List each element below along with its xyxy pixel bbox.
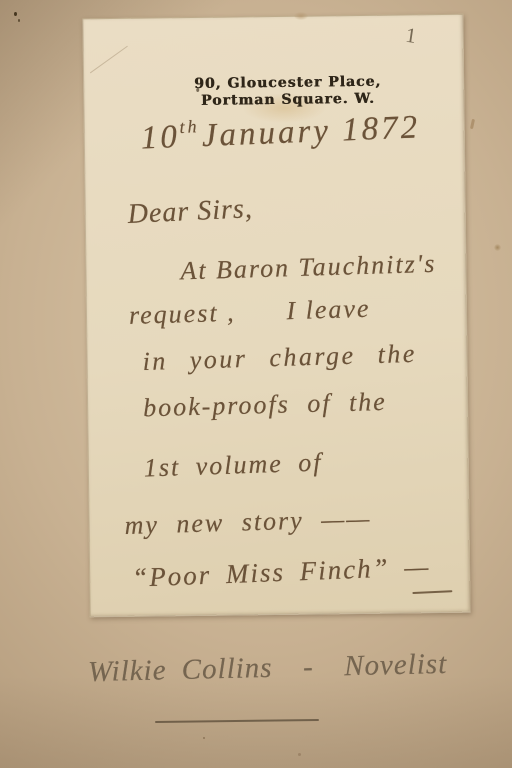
date-ordinal: th [179,116,200,137]
album-caption: Wilkie Collins - Novelist [88,648,448,689]
paper-crease [90,46,128,74]
foxing-spot [298,753,301,756]
body-line: request , I leave [129,294,371,331]
page-number: 1 [404,23,418,49]
ink-spot [18,19,20,22]
underline-stroke [412,590,452,594]
letter-page: 1 90, Gloucester Place, Portman Square. … [82,14,470,618]
photo-of-letter: 1 90, Gloucester Place, Portman Square. … [0,0,512,768]
date-rest: January 1872 [201,109,421,154]
letterhead-address-line-2: Portman Square. W. [98,90,477,112]
body-line: At Baron Tauchnitz's [180,249,437,287]
salutation: Dear Sirs, [127,193,253,231]
foxing-spot [494,244,501,251]
date-day: 10 [140,119,180,157]
handwritten-date: 10thJanuary 1872 [140,107,421,157]
foxing-spot [470,119,475,129]
printed-letterhead: 90, Gloucester Place, Portman Square. W. [98,73,477,112]
caption-underline [155,719,319,723]
ink-spot [14,12,17,16]
body-line: 1st volume of [143,448,323,484]
foxing-spot [203,737,205,739]
body-line: “Poor Miss Finch” — [132,551,431,593]
body-line: my new story —— [124,504,372,541]
foxing-spot [294,12,308,20]
body-line: in your charge the [142,339,417,377]
body-line: book-proofs of the [143,387,387,423]
